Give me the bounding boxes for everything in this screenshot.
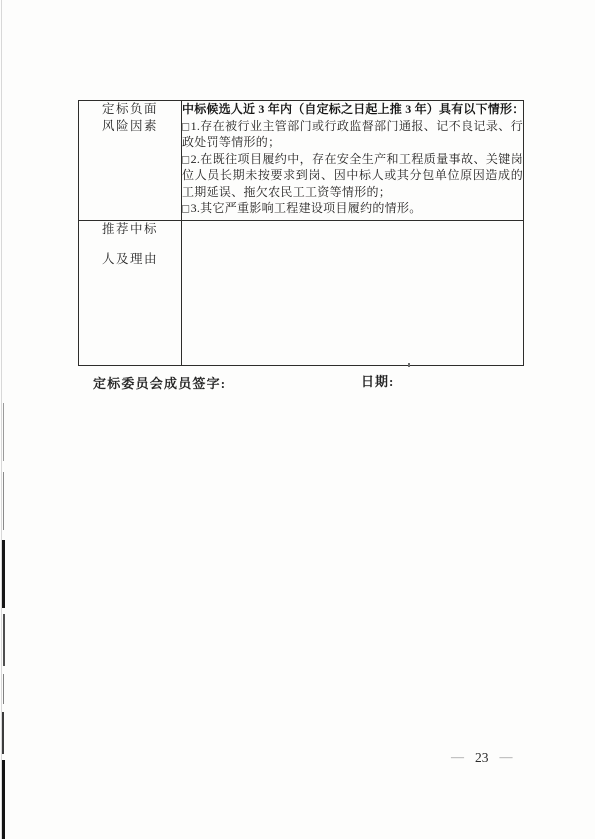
signature-label: 定标委员会成员签字: <box>93 373 226 392</box>
date-label: 日期: <box>361 371 394 390</box>
scan-edge-artifact <box>2 760 5 839</box>
scan-edge-artifact <box>3 403 4 461</box>
page-number-left-dash: — <box>451 749 464 765</box>
page-number-value: 23 <box>475 750 489 766</box>
bid-evaluation-table: 定标负面 风险因素 中标候选人近 3 年内（自定标之日起上推 3 年）具有以下情… <box>78 100 524 366</box>
row-label-line: 风险因素 <box>79 118 181 135</box>
label-gap <box>79 237 181 251</box>
page-number-right-dash: — <box>500 749 513 765</box>
checkbox-icon: □ <box>182 151 190 168</box>
recommendation-content-cell-empty <box>182 221 524 366</box>
row-label-line: 定标负面 <box>79 101 181 118</box>
risk-item-text: 3.其它严重影响工程建设项目履约的情形。 <box>191 201 422 215</box>
risk-factors-title: 中标候选人近 3 年内（自定标之日起上推 3 年）具有以下情形： <box>182 101 523 118</box>
row-label-risk-factors: 定标负面 风险因素 <box>79 101 182 221</box>
scan-edge-artifact <box>2 712 4 754</box>
risk-item-text: 2.在既往项目履约中，存在安全生产和工程质量事故、关键岗位人员长期未按要求到岗、… <box>182 152 523 199</box>
checkbox-icon: □ <box>182 201 190 218</box>
risk-factors-content-cell: 中标候选人近 3 年内（自定标之日起上推 3 年）具有以下情形： □1.存在被行… <box>182 101 524 221</box>
checkbox-icon: □ <box>182 118 190 135</box>
row-label-line: 推荐中标 <box>79 221 181 237</box>
table-row-risk-factors: 定标负面 风险因素 中标候选人近 3 年内（自定标之日起上推 3 年）具有以下情… <box>79 101 524 221</box>
scan-edge-artifact <box>3 472 4 530</box>
risk-item-3: □3.其它严重影响工程建设项目履约的情形。 <box>182 200 523 217</box>
page-number: — 23 — <box>451 750 513 766</box>
scan-edge-artifact <box>3 674 4 704</box>
risk-item-text: 1.存在被行业主管部门或行政监督部门通报、记不良记录、行政处罚等情形的； <box>182 119 523 150</box>
table-row-recommendation: 推荐中标 人及理由 <box>79 221 524 366</box>
scanned-document-page: 定标负面 风险因素 中标候选人近 3 年内（自定标之日起上推 3 年）具有以下情… <box>0 0 595 839</box>
risk-item-1: □1.存在被行业主管部门或行政监督部门通报、记不良记录、行政处罚等情形的； <box>182 118 523 151</box>
scan-edge-artifact <box>2 540 5 608</box>
scan-edge-artifact <box>3 614 5 666</box>
risk-item-2: □2.在既往项目履约中，存在安全生产和工程质量事故、关键岗位人员长期未按要求到岗… <box>182 151 523 201</box>
row-label-line: 人及理由 <box>79 251 181 267</box>
scan-edge-artifact <box>1 0 2 839</box>
row-label-recommendation: 推荐中标 人及理由 <box>79 221 182 366</box>
